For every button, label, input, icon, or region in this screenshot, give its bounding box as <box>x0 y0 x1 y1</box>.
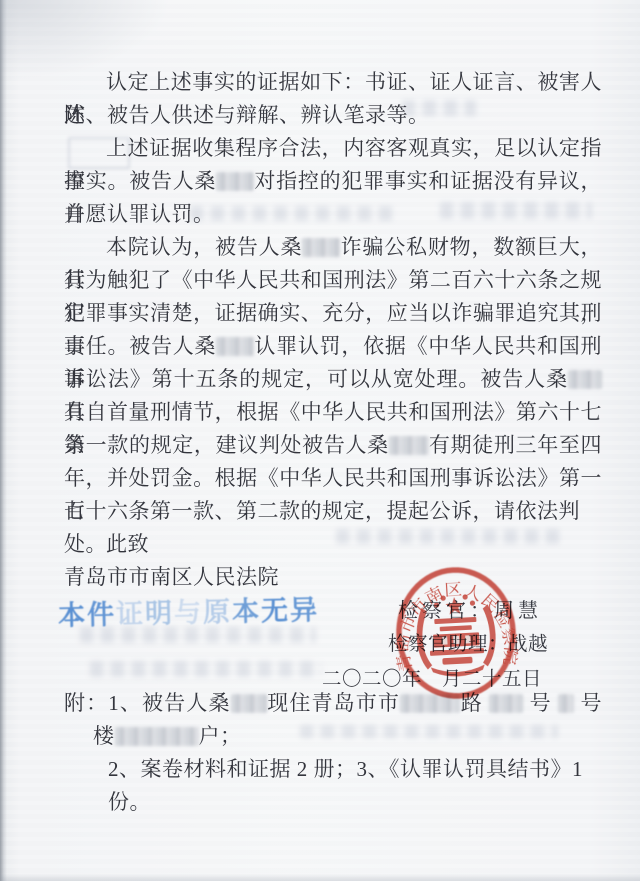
text-line: 有自首量刑情节，根据《中华人民共和国刑法》第六十七条 <box>64 396 602 429</box>
certification-stamp: 本件证明与原本无异 <box>58 588 320 633</box>
redaction-blur <box>216 337 254 356</box>
text-segment: 此致 <box>106 532 149 556</box>
text-line: 青岛市市南区人民法院 <box>64 561 602 594</box>
scan-edge-shadow-bottom <box>0 873 640 881</box>
text-line: 责任。被告人桑认罪认罚，依据《中华人民共和国刑事 <box>64 330 602 363</box>
attachment-notes: 附：1、被告人桑现住青岛市市路 号 号楼户；2、案卷材料和证据 2 册；3、《认… <box>64 687 602 786</box>
scanned-document-page: 认定上述事实的证据如下：书证、证人证言、被害人陈述、被告人供述与辩解、辨认笔录等… <box>0 0 640 881</box>
seal-graphic: 青岛市市南区人民检察院 <box>389 561 522 705</box>
stamp-character: 异 <box>290 595 320 626</box>
bleedthrough-smudge <box>90 661 322 677</box>
redaction-blur <box>558 694 574 713</box>
redaction-blur <box>568 370 602 389</box>
text-segment: 本院认为，被告人桑 <box>106 235 302 259</box>
text-segment: 楼 <box>93 724 115 748</box>
redaction-blur <box>302 238 340 257</box>
text-segment: 青岛市市南区人民法院 <box>64 565 279 589</box>
text-segment: 事实。被告人桑 <box>64 169 216 193</box>
text-segment: 诉讼法》第十五条的规定，可以从宽处理。被告人桑 <box>64 367 568 391</box>
redaction-blur <box>115 727 199 746</box>
stamp-character: 本 <box>58 600 88 631</box>
stamp-character: 件 <box>87 600 117 631</box>
text-segment: 户； <box>199 724 242 748</box>
stamp-character: 本 <box>232 596 262 627</box>
text-line: 认定上述事实的证据如下：书证、证人证言、被害人陈 <box>64 66 602 99</box>
procuratorate-round-seal: 青岛市市南区人民检察院 <box>389 561 522 705</box>
text-line: 此致 <box>64 528 602 561</box>
document-body: 认定上述事实的证据如下：书证、证人证言、被害人陈述、被告人供述与辩解、辨认笔录等… <box>64 66 602 594</box>
text-segment: 号 <box>574 691 602 715</box>
text-line: 第一款的规定，建议判处被告人桑有期徒刑三年至四 <box>64 429 602 462</box>
text-line: 事实。被告人桑对指控的犯罪事实和证据没有异议，并 <box>64 165 602 198</box>
text-segment: 现住青岛市市 <box>267 691 400 715</box>
text-segment: 附：1、被告人桑 <box>64 691 231 715</box>
redaction-blur <box>231 694 267 713</box>
text-line: 犯罪事实清楚，证据确实、充分，应当以诈骗罪追究其刑事 <box>64 297 602 330</box>
text-segment: 述、被告人供述与辩解、辨认笔录等。 <box>64 103 430 127</box>
text-line: 上述证据收集程序合法，内容客观真实，足以认定指控 <box>64 132 602 165</box>
text-line: 年，并处罚金。根据《中华人民共和国刑事诉讼法》第一百 <box>64 462 602 495</box>
stamp-character: 证 <box>116 599 146 630</box>
stamp-character: 原 <box>203 597 233 628</box>
text-line: 2、案卷材料和证据 2 册；3、《认罪认罚具结书》1 份。 <box>64 753 602 786</box>
text-line: 行为触犯了《中华人民共和国刑法》第二百六十六条之规定， <box>64 264 602 297</box>
scan-edge-shadow-left <box>0 0 7 881</box>
redaction-blur <box>389 436 429 455</box>
text-line: 诉讼法》第十五条的规定，可以从宽处理。被告人桑具 <box>64 363 602 396</box>
text-line: 楼户； <box>64 720 602 753</box>
redaction-blur <box>216 172 254 191</box>
stamp-character: 与 <box>174 598 204 629</box>
text-segment: 责任。被告人桑 <box>64 334 216 358</box>
text-segment: 号 <box>523 691 558 715</box>
text-segment: 第一款的规定，建议判处被告人桑 <box>64 433 389 457</box>
text-segment: 有期徒刑三年至四 <box>429 433 602 457</box>
text-line: 自愿认罪认罚。 <box>64 198 602 231</box>
text-segment: 自愿认罪认罚。 <box>64 202 215 226</box>
stamp-character: 无 <box>261 596 291 627</box>
stamp-character: 明 <box>145 598 175 629</box>
text-line: 本院认为，被告人桑诈骗公私财物，数额巨大，其 <box>64 231 602 264</box>
text-segment: 2、案卷材料和证据 2 册；3、《认罪认罚具结书》1 份。 <box>108 757 583 814</box>
text-line: 述、被告人供述与辩解、辨认笔录等。 <box>64 99 602 132</box>
text-line: 七十六条第一款、第二款的规定，提起公诉，请依法判处。 <box>64 495 602 528</box>
